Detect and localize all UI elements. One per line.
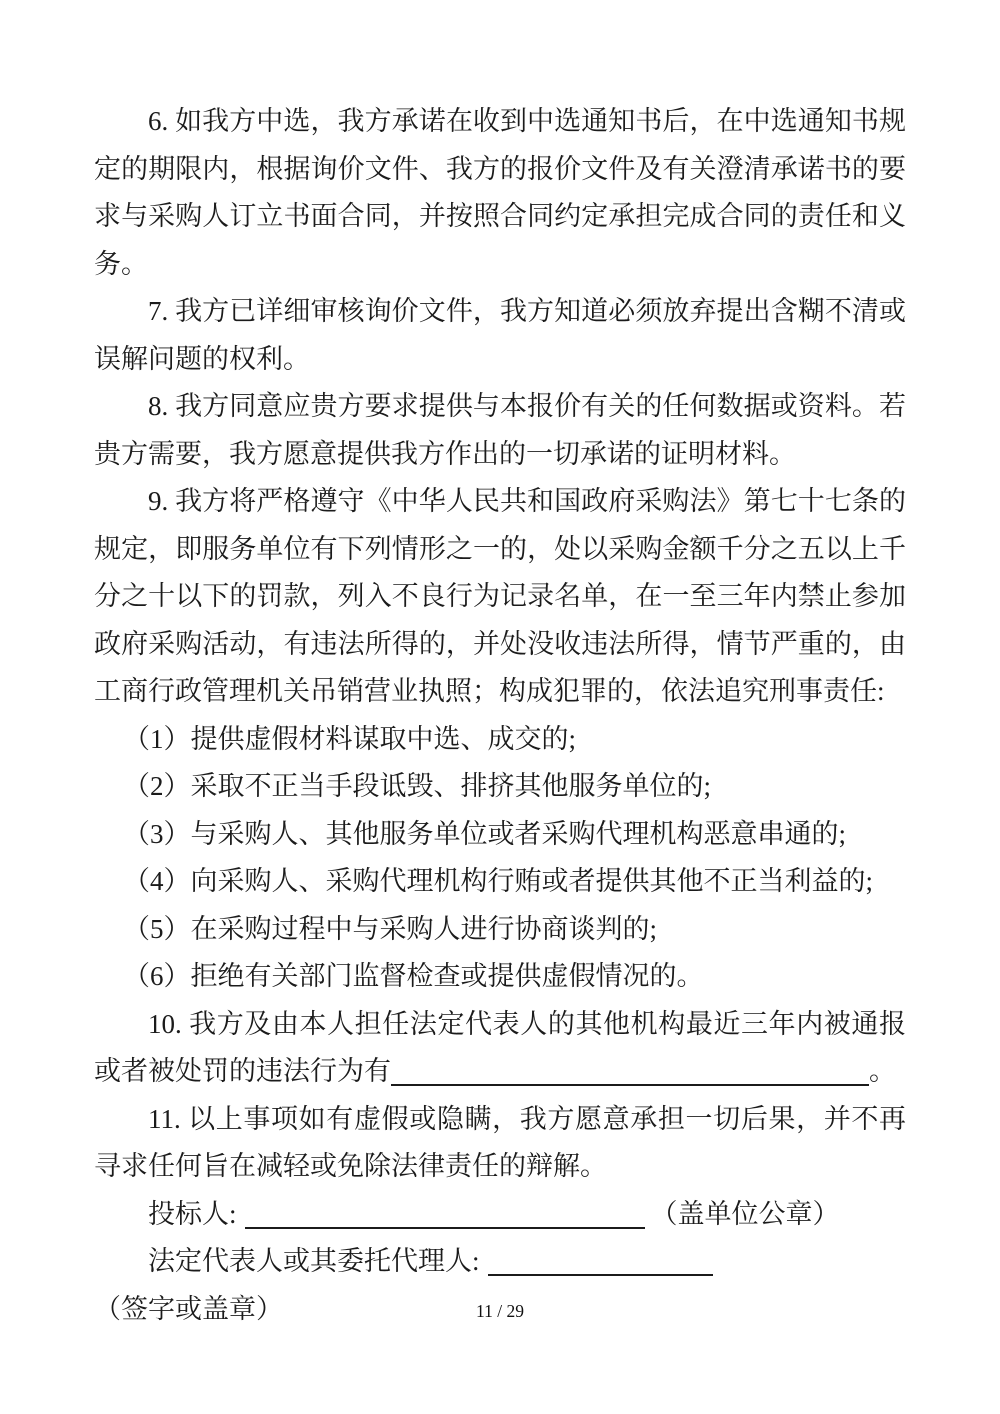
violation-item-6: （6）拒绝有关部门监督检查或提供虚假情况的。 xyxy=(94,953,906,1001)
paragraph-10: 10. 我方及由本人担任法定代表人的其他机构最近三年内被通报或者被处罚的违法行为… xyxy=(94,1001,906,1096)
page-number: 11 / 29 xyxy=(0,1299,1000,1323)
legal-rep-label: 法定代表人或其委托代理人: xyxy=(148,1246,480,1276)
violation-item-1: （1）提供虚假材料谋取中选、成交的; xyxy=(94,716,906,764)
bidder-name-blank-line xyxy=(245,1207,645,1229)
violation-item-2: （2）采取不正当手段诋毁、排挤其他服务单位的; xyxy=(94,763,906,811)
document-page: 6. 如我方中选，我方承诺在收到中选通知书后，在中选通知书规定的期限内，根据询价… xyxy=(0,0,1000,1414)
legal-rep-name-blank-line xyxy=(488,1254,713,1276)
violation-item-4: （4）向采购人、采购代理机构行贿或者提供其他不正当利益的; xyxy=(94,858,906,906)
paragraph-11: 11. 以上事项如有虚假或隐瞒，我方愿意承担一切后果，并不再寻求任何旨在减轻或免… xyxy=(94,1096,906,1191)
bidder-signature-line: 投标人:（盖单位公章） xyxy=(94,1191,906,1239)
paragraph-6: 6. 如我方中选，我方承诺在收到中选通知书后，在中选通知书规定的期限内，根据询价… xyxy=(94,98,906,288)
bidder-label: 投标人: xyxy=(148,1199,237,1229)
paragraph-9: 9. 我方将严格遵守《中华人民共和国政府采购法》第七十七条的规定，即服务单位有下… xyxy=(94,478,906,716)
bidder-stamp-note: （盖单位公章） xyxy=(651,1199,840,1229)
violation-item-3: （3）与采购人、其他服务单位或者采购代理机构恶意串通的; xyxy=(94,811,906,859)
violations-blank-line xyxy=(391,1064,869,1086)
paragraph-10-period: 。 xyxy=(869,1056,896,1086)
document-body: 6. 如我方中选，我方承诺在收到中选通知书后，在中选通知书规定的期限内，根据询价… xyxy=(94,98,906,1333)
paragraph-8: 8. 我方同意应贵方要求提供与本报价有关的任何数据或资料。若贵方需要，我方愿意提… xyxy=(94,383,906,478)
paragraph-7: 7. 我方已详细审核询价文件，我方知道必须放弃提出含糊不清或误解问题的权利。 xyxy=(94,288,906,383)
violation-item-5: （5）在采购过程中与采购人进行协商谈判的; xyxy=(94,906,906,954)
